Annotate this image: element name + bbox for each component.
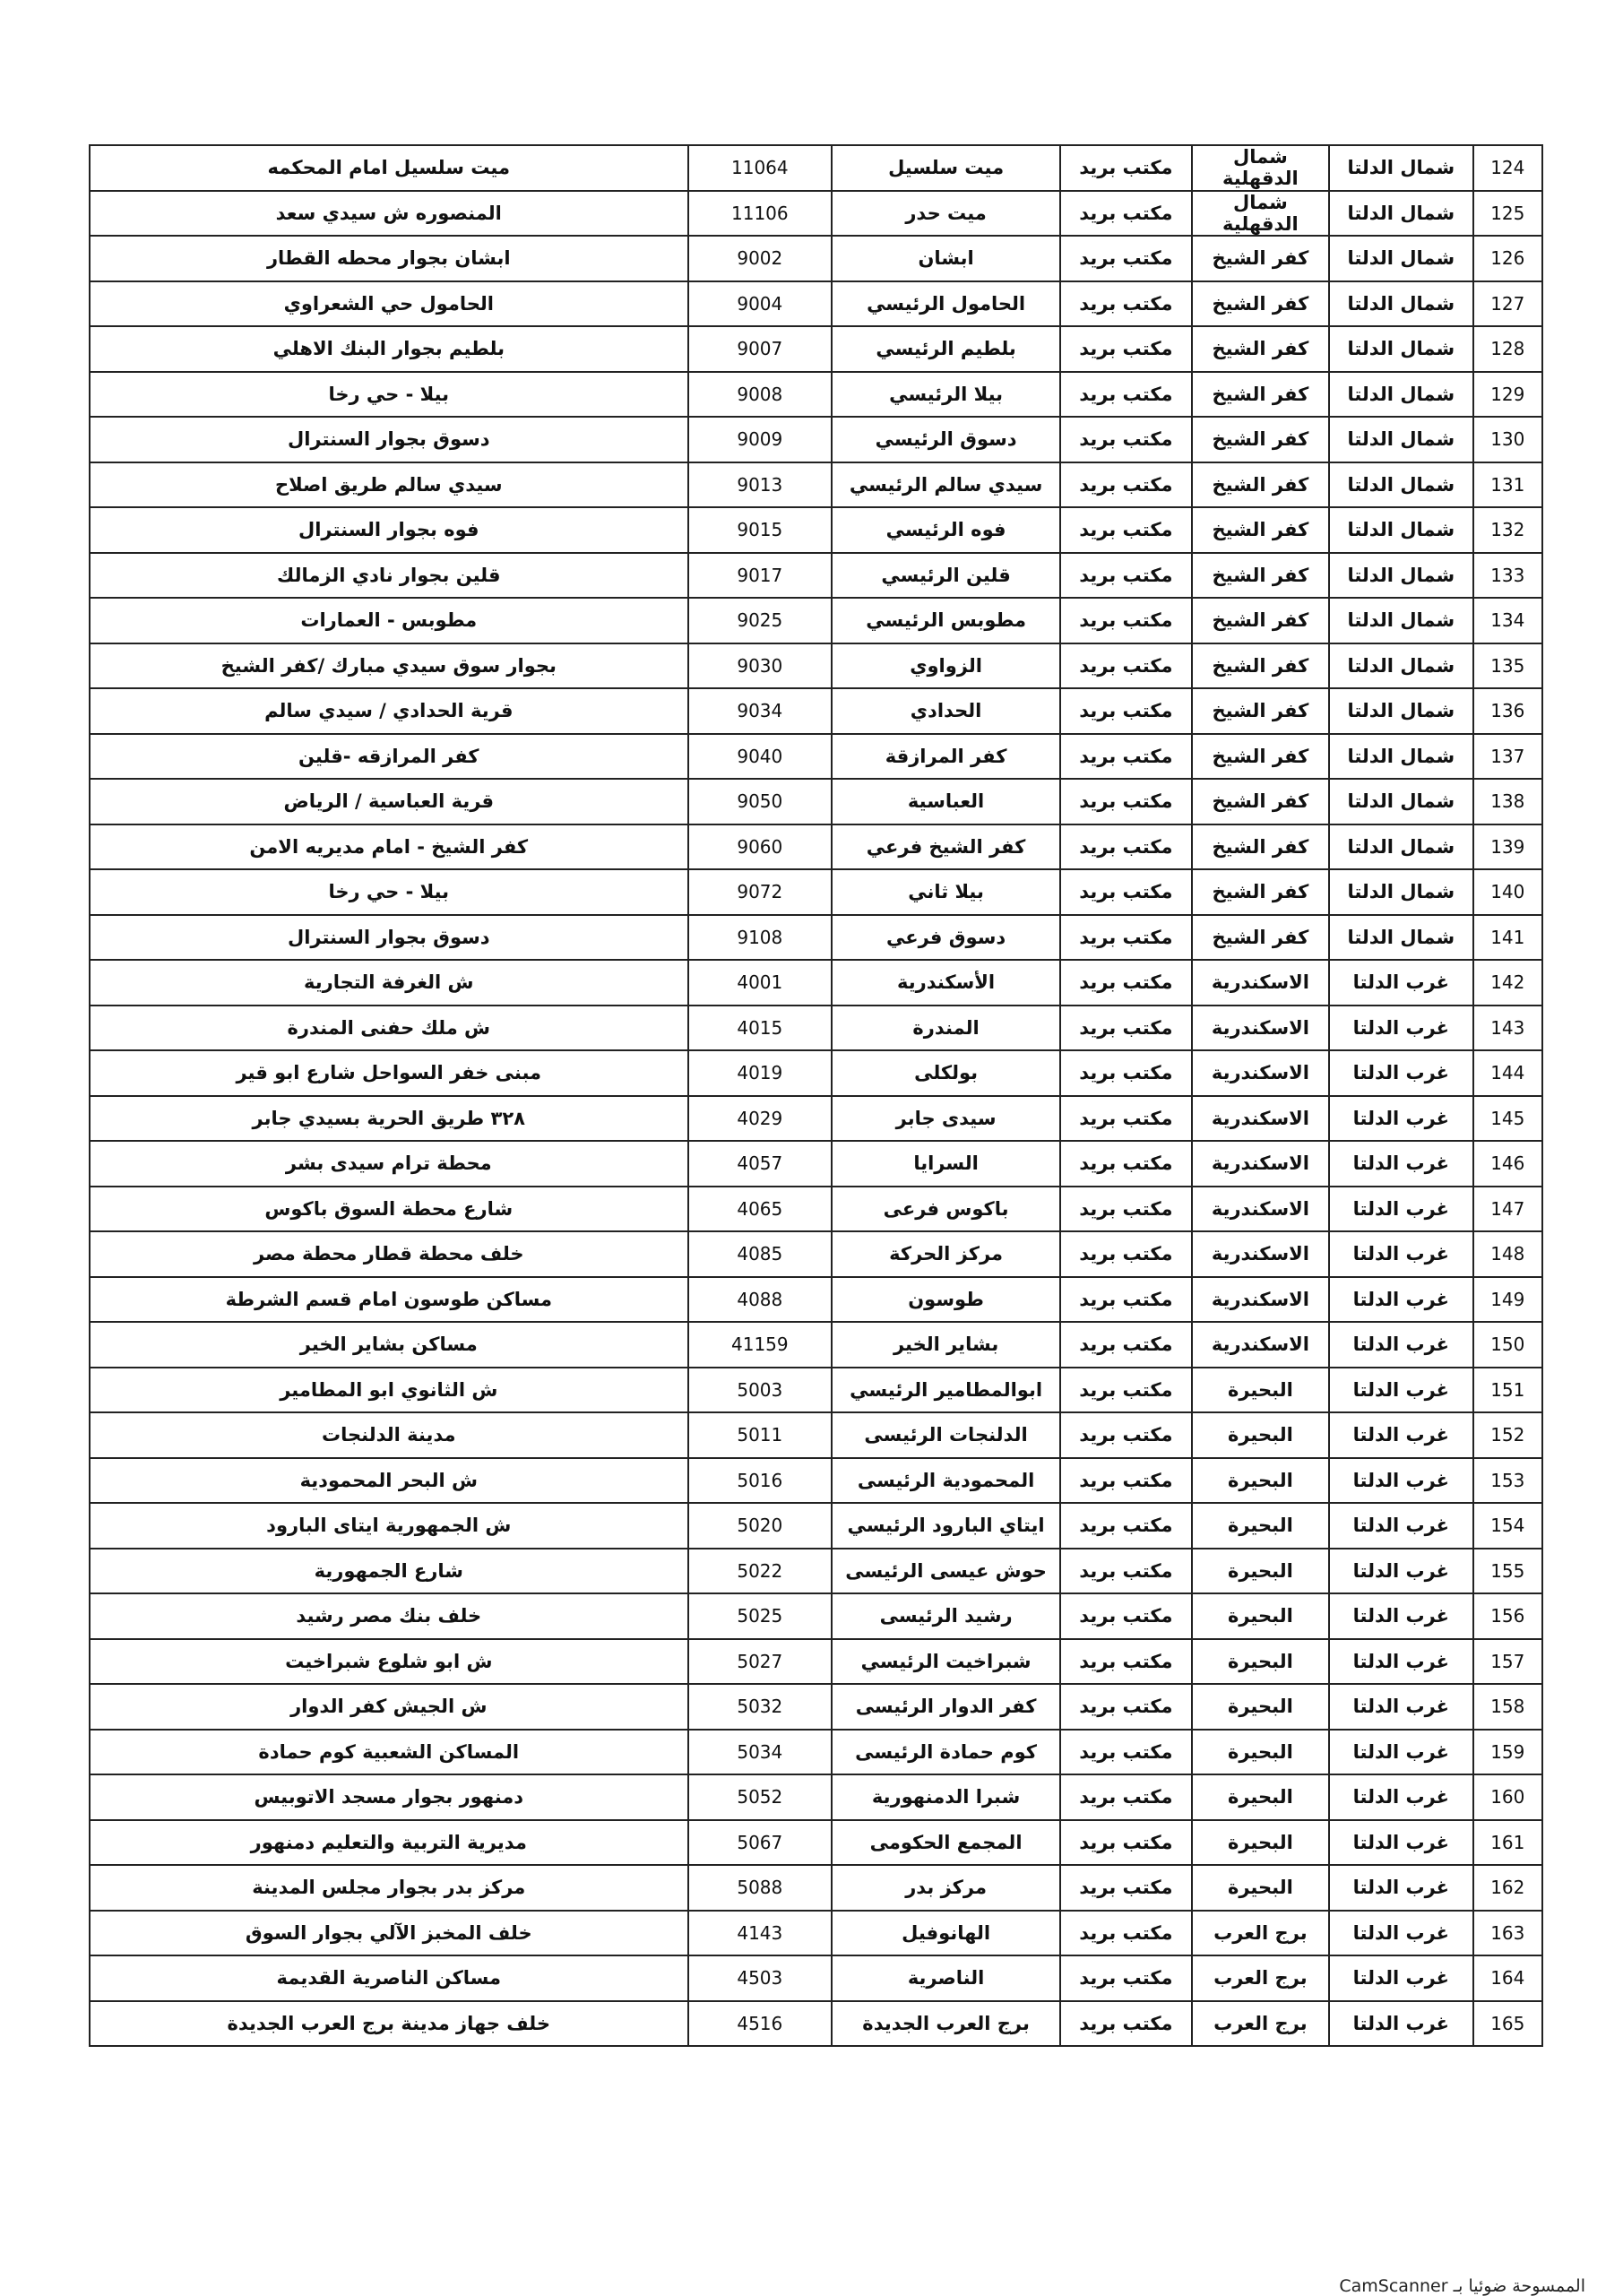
office-name-cell: الدلنجات الرئيسى bbox=[832, 1412, 1060, 1458]
office-name-cell: طوسون bbox=[832, 1277, 1060, 1323]
office-name-cell: بشاير الخير bbox=[832, 1322, 1060, 1368]
office-code-cell: 9007 bbox=[688, 326, 833, 372]
region-cell: شمال الدلتا bbox=[1329, 824, 1473, 870]
region-cell: غرب الدلتا bbox=[1329, 2001, 1473, 2047]
office-name-cell: الناصرية bbox=[832, 1955, 1060, 2001]
region-cell: غرب الدلتا bbox=[1329, 1730, 1473, 1775]
row-number-cell: 134 bbox=[1473, 598, 1542, 643]
governorate-cell: البحيرة bbox=[1192, 1774, 1329, 1820]
region-cell: غرب الدلتا bbox=[1329, 1187, 1473, 1232]
region-cell: غرب الدلتا bbox=[1329, 1593, 1473, 1639]
governorate-cell: البحيرة bbox=[1192, 1368, 1329, 1413]
address-cell: ش ابو شلوع شبراخيت bbox=[90, 1639, 688, 1685]
office-name-cell: الزواوي bbox=[832, 643, 1060, 689]
table-row: 159غرب الدلتاالبحيرةمكتب بريدكوم حمادة ا… bbox=[90, 1730, 1542, 1775]
governorate-cell: الاسكندرية bbox=[1192, 1050, 1329, 1096]
row-number-cell: 128 bbox=[1473, 326, 1542, 372]
row-number-cell: 131 bbox=[1473, 462, 1542, 508]
region-cell: شمال الدلتا bbox=[1329, 734, 1473, 780]
address-cell: دسوق بجوار السنترال bbox=[90, 417, 688, 462]
office-name-cell: ميت حدر bbox=[832, 191, 1060, 237]
office-code-cell: 5016 bbox=[688, 1458, 833, 1504]
table-row: 144غرب الدلتاالاسكندريةمكتب بريدبولكلى40… bbox=[90, 1050, 1542, 1096]
row-number-cell: 137 bbox=[1473, 734, 1542, 780]
address-cell: قرية العباسية / الرياض bbox=[90, 779, 688, 824]
address-cell: مساكن بشاير الخير bbox=[90, 1322, 688, 1368]
governorate-cell: شمال الدقهلية bbox=[1192, 145, 1329, 191]
governorate-cell: برج العرب bbox=[1192, 1911, 1329, 1956]
office-name-cell: الهانوفيل bbox=[832, 1911, 1060, 1956]
row-number-cell: 132 bbox=[1473, 507, 1542, 553]
office-code-cell: 9004 bbox=[688, 281, 833, 327]
office-type-cell: مكتب بريد bbox=[1060, 281, 1192, 327]
office-name-cell: المحمودية الرئيسى bbox=[832, 1458, 1060, 1504]
office-type-cell: مكتب بريد bbox=[1060, 1593, 1192, 1639]
row-number-cell: 126 bbox=[1473, 236, 1542, 281]
office-type-cell: مكتب بريد bbox=[1060, 643, 1192, 689]
governorate-cell: الاسكندرية bbox=[1192, 1096, 1329, 1142]
office-name-cell: مركز بدر bbox=[832, 1865, 1060, 1911]
table-row: 125شمال الدلتاشمال الدقهليةمكتب بريدميت … bbox=[90, 191, 1542, 237]
office-code-cell: 5052 bbox=[688, 1774, 833, 1820]
address-cell: مدينة الدلنجات bbox=[90, 1412, 688, 1458]
office-code-cell: 9040 bbox=[688, 734, 833, 780]
address-cell: خلف جهاز مدينة برج العرب الجديدة bbox=[90, 2001, 688, 2047]
row-number-cell: 140 bbox=[1473, 869, 1542, 915]
region-cell: غرب الدلتا bbox=[1329, 1458, 1473, 1504]
office-name-cell: بلطيم الرئيسي bbox=[832, 326, 1060, 372]
office-type-cell: مكتب بريد bbox=[1060, 1050, 1192, 1096]
governorate-cell: كفر الشيخ bbox=[1192, 281, 1329, 327]
table-row: 150غرب الدلتاالاسكندريةمكتب بريدبشاير ال… bbox=[90, 1322, 1542, 1368]
office-type-cell: مكتب بريد bbox=[1060, 191, 1192, 237]
row-number-cell: 155 bbox=[1473, 1549, 1542, 1594]
office-name-cell: ميت سلسيل bbox=[832, 145, 1060, 191]
address-cell: ٣٢٨ طريق الحرية بسيدي جابر bbox=[90, 1096, 688, 1142]
row-number-cell: 135 bbox=[1473, 643, 1542, 689]
office-type-cell: مكتب بريد bbox=[1060, 1730, 1192, 1775]
region-cell: شمال الدلتا bbox=[1329, 145, 1473, 191]
region-cell: غرب الدلتا bbox=[1329, 1050, 1473, 1096]
region-cell: غرب الدلتا bbox=[1329, 1322, 1473, 1368]
office-code-cell: 9002 bbox=[688, 236, 833, 281]
governorate-cell: الاسكندرية bbox=[1192, 1141, 1329, 1187]
office-code-cell: 4029 bbox=[688, 1096, 833, 1142]
row-number-cell: 142 bbox=[1473, 960, 1542, 1006]
region-cell: غرب الدلتا bbox=[1329, 1277, 1473, 1323]
table-row: 146غرب الدلتاالاسكندريةمكتب بريدالسرايا4… bbox=[90, 1141, 1542, 1187]
office-name-cell: بولكلى bbox=[832, 1050, 1060, 1096]
office-type-cell: مكتب بريد bbox=[1060, 1639, 1192, 1685]
office-code-cell: 4057 bbox=[688, 1141, 833, 1187]
office-code-cell: 5027 bbox=[688, 1639, 833, 1685]
address-cell: خلف المخبز الآلي بجوار السوق bbox=[90, 1911, 688, 1956]
address-cell: قلين بجوار نادي الزمالك bbox=[90, 553, 688, 599]
table-row: 128شمال الدلتاكفر الشيخمكتب بريدبلطيم ال… bbox=[90, 326, 1542, 372]
office-name-cell: ابوالمطامير الرئيسي bbox=[832, 1368, 1060, 1413]
governorate-cell: البحيرة bbox=[1192, 1549, 1329, 1594]
office-name-cell: كفر الشيخ فرعي bbox=[832, 824, 1060, 870]
row-number-cell: 158 bbox=[1473, 1684, 1542, 1730]
governorate-cell: برج العرب bbox=[1192, 2001, 1329, 2047]
office-type-cell: مكتب بريد bbox=[1060, 1820, 1192, 1866]
governorate-cell: كفر الشيخ bbox=[1192, 915, 1329, 961]
governorate-cell: الاسكندرية bbox=[1192, 1187, 1329, 1232]
table-row: 162غرب الدلتاالبحيرةمكتب بريدمركز بدر508… bbox=[90, 1865, 1542, 1911]
office-name-cell: بيلا ثاني bbox=[832, 869, 1060, 915]
office-type-cell: مكتب بريد bbox=[1060, 1865, 1192, 1911]
office-name-cell: حوش عيسى الرئيسى bbox=[832, 1549, 1060, 1594]
row-number-cell: 143 bbox=[1473, 1006, 1542, 1051]
row-number-cell: 130 bbox=[1473, 417, 1542, 462]
office-code-cell: 5011 bbox=[688, 1412, 833, 1458]
office-type-cell: مكتب بريد bbox=[1060, 1096, 1192, 1142]
office-code-cell: 9017 bbox=[688, 553, 833, 599]
office-code-cell: 4085 bbox=[688, 1231, 833, 1277]
address-cell: مركز بدر بجوار مجلس المدينة bbox=[90, 1865, 688, 1911]
office-code-cell: 4015 bbox=[688, 1006, 833, 1051]
region-cell: غرب الدلتا bbox=[1329, 1141, 1473, 1187]
region-cell: شمال الدلتا bbox=[1329, 779, 1473, 824]
address-cell: ش الجيش كفر الدوار bbox=[90, 1684, 688, 1730]
office-type-cell: مكتب بريد bbox=[1060, 236, 1192, 281]
address-cell: ابشان بجوار محطه القطار bbox=[90, 236, 688, 281]
address-cell: شارع محطة السوق باكوس bbox=[90, 1187, 688, 1232]
governorate-cell: كفر الشيخ bbox=[1192, 417, 1329, 462]
row-number-cell: 162 bbox=[1473, 1865, 1542, 1911]
region-cell: غرب الدلتا bbox=[1329, 1865, 1473, 1911]
address-cell: المنصوره ش سيدي سعد bbox=[90, 191, 688, 237]
region-cell: شمال الدلتا bbox=[1329, 688, 1473, 734]
row-number-cell: 133 bbox=[1473, 553, 1542, 599]
office-type-cell: مكتب بريد bbox=[1060, 507, 1192, 553]
office-name-cell: العباسية bbox=[832, 779, 1060, 824]
address-cell: ش الثانوي ابو المطامير bbox=[90, 1368, 688, 1413]
table-row: 152غرب الدلتاالبحيرةمكتب بريدالدلنجات ال… bbox=[90, 1412, 1542, 1458]
governorate-cell: البحيرة bbox=[1192, 1458, 1329, 1504]
office-name-cell: الأسكندرية bbox=[832, 960, 1060, 1006]
row-number-cell: 152 bbox=[1473, 1412, 1542, 1458]
region-cell: شمال الدلتا bbox=[1329, 598, 1473, 643]
office-code-cell: 9009 bbox=[688, 417, 833, 462]
address-cell: ميت سلسيل امام المحكمه bbox=[90, 145, 688, 191]
table-row: 154غرب الدلتاالبحيرةمكتب بريدايتاي البار… bbox=[90, 1503, 1542, 1549]
table-row: 131شمال الدلتاكفر الشيخمكتب بريدسيدي سال… bbox=[90, 462, 1542, 508]
governorate-cell: البحيرة bbox=[1192, 1820, 1329, 1866]
office-code-cell: 5032 bbox=[688, 1684, 833, 1730]
address-cell: ش الغرفة التجارية bbox=[90, 960, 688, 1006]
table-row: 145غرب الدلتاالاسكندريةمكتب بريدسيدى جاب… bbox=[90, 1096, 1542, 1142]
row-number-cell: 154 bbox=[1473, 1503, 1542, 1549]
table-row: 132شمال الدلتاكفر الشيخمكتب بريدفوه الرئ… bbox=[90, 507, 1542, 553]
address-cell: محطة ترام سيدى بشر bbox=[90, 1141, 688, 1187]
address-cell: مديرية التربية والتعليم دمنهور bbox=[90, 1820, 688, 1866]
office-name-cell: شبراخيت الرئيسي bbox=[832, 1639, 1060, 1685]
table-row: 153غرب الدلتاالبحيرةمكتب بريدالمحمودية ا… bbox=[90, 1458, 1542, 1504]
region-cell: غرب الدلتا bbox=[1329, 1684, 1473, 1730]
office-type-cell: مكتب بريد bbox=[1060, 688, 1192, 734]
governorate-cell: كفر الشيخ bbox=[1192, 824, 1329, 870]
table-row: 136شمال الدلتاكفر الشيخمكتب بريدالحدادي9… bbox=[90, 688, 1542, 734]
governorate-cell: البحيرة bbox=[1192, 1639, 1329, 1685]
address-cell: قرية الحدادي / سيدي سالم bbox=[90, 688, 688, 734]
row-number-cell: 127 bbox=[1473, 281, 1542, 327]
row-number-cell: 148 bbox=[1473, 1231, 1542, 1277]
row-number-cell: 146 bbox=[1473, 1141, 1542, 1187]
row-number-cell: 157 bbox=[1473, 1639, 1542, 1685]
office-code-cell: 9060 bbox=[688, 824, 833, 870]
office-code-cell: 4143 bbox=[688, 1911, 833, 1956]
table-row: 147غرب الدلتاالاسكندريةمكتب بريدباكوس فر… bbox=[90, 1187, 1542, 1232]
office-type-cell: مكتب بريد bbox=[1060, 2001, 1192, 2047]
office-code-cell: 9030 bbox=[688, 643, 833, 689]
row-number-cell: 153 bbox=[1473, 1458, 1542, 1504]
office-name-cell: كوم حمادة الرئيسى bbox=[832, 1730, 1060, 1775]
table-row: 141شمال الدلتاكفر الشيخمكتب بريددسوق فرع… bbox=[90, 915, 1542, 961]
office-code-cell: 9025 bbox=[688, 598, 833, 643]
office-code-cell: 4019 bbox=[688, 1050, 833, 1096]
table-row: 130شمال الدلتاكفر الشيخمكتب بريددسوق الر… bbox=[90, 417, 1542, 462]
row-number-cell: 147 bbox=[1473, 1187, 1542, 1232]
table-row: 137شمال الدلتاكفر الشيخمكتب بريدكفر المر… bbox=[90, 734, 1542, 780]
office-code-cell: 5020 bbox=[688, 1503, 833, 1549]
region-cell: غرب الدلتا bbox=[1329, 1231, 1473, 1277]
office-type-cell: مكتب بريد bbox=[1060, 869, 1192, 915]
governorate-cell: كفر الشيخ bbox=[1192, 643, 1329, 689]
office-code-cell: 5025 bbox=[688, 1593, 833, 1639]
table-row: 151غرب الدلتاالبحيرةمكتب بريدابوالمطامير… bbox=[90, 1368, 1542, 1413]
address-cell: بيلا - حي رخا bbox=[90, 869, 688, 915]
region-cell: غرب الدلتا bbox=[1329, 1412, 1473, 1458]
table-body: 124شمال الدلتاشمال الدقهليةمكتب بريدميت … bbox=[90, 145, 1542, 2046]
office-name-cell: بيلا الرئيسي bbox=[832, 372, 1060, 418]
governorate-cell: كفر الشيخ bbox=[1192, 779, 1329, 824]
governorate-cell: كفر الشيخ bbox=[1192, 869, 1329, 915]
table-row: 161غرب الدلتاالبحيرةمكتب بريدالمجمع الحك… bbox=[90, 1820, 1542, 1866]
office-type-cell: مكتب بريد bbox=[1060, 1911, 1192, 1956]
table-row: 129شمال الدلتاكفر الشيخمكتب بريدبيلا الر… bbox=[90, 372, 1542, 418]
office-name-cell: شبرا الدمنهورية bbox=[832, 1774, 1060, 1820]
office-type-cell: مكتب بريد bbox=[1060, 598, 1192, 643]
office-type-cell: مكتب بريد bbox=[1060, 1774, 1192, 1820]
office-name-cell: ابشان bbox=[832, 236, 1060, 281]
office-code-cell: 5088 bbox=[688, 1865, 833, 1911]
office-code-cell: 5034 bbox=[688, 1730, 833, 1775]
address-cell: ش ملك حفنى المندرة bbox=[90, 1006, 688, 1051]
governorate-cell: الاسكندرية bbox=[1192, 1231, 1329, 1277]
office-name-cell: فوه الرئيسي bbox=[832, 507, 1060, 553]
office-type-cell: مكتب بريد bbox=[1060, 1684, 1192, 1730]
region-cell: شمال الدلتا bbox=[1329, 236, 1473, 281]
row-number-cell: 139 bbox=[1473, 824, 1542, 870]
office-code-cell: 5003 bbox=[688, 1368, 833, 1413]
governorate-cell: كفر الشيخ bbox=[1192, 236, 1329, 281]
office-code-cell: 9108 bbox=[688, 915, 833, 961]
row-number-cell: 160 bbox=[1473, 1774, 1542, 1820]
row-number-cell: 124 bbox=[1473, 145, 1542, 191]
row-number-cell: 125 bbox=[1473, 191, 1542, 237]
office-type-cell: مكتب بريد bbox=[1060, 1955, 1192, 2001]
table-row: 164غرب الدلتابرج العربمكتب بريدالناصرية4… bbox=[90, 1955, 1542, 2001]
table-row: 139شمال الدلتاكفر الشيخمكتب بريدكفر الشي… bbox=[90, 824, 1542, 870]
office-type-cell: مكتب بريد bbox=[1060, 326, 1192, 372]
address-cell: كفر الشيخ - امام مديريه الامن bbox=[90, 824, 688, 870]
address-cell: فوه بجوار السنترال bbox=[90, 507, 688, 553]
address-cell: دمنهور بجوار مسجد الاتوبيس bbox=[90, 1774, 688, 1820]
region-cell: غرب الدلتا bbox=[1329, 1955, 1473, 2001]
address-cell: المساكن الشعبية كوم حمادة bbox=[90, 1730, 688, 1775]
address-cell: سيدي سالم طريق اصلاح bbox=[90, 462, 688, 508]
office-type-cell: مكتب بريد bbox=[1060, 824, 1192, 870]
office-type-cell: مكتب بريد bbox=[1060, 1458, 1192, 1504]
table-row: 126شمال الدلتاكفر الشيخمكتب بريدابشان900… bbox=[90, 236, 1542, 281]
region-cell: غرب الدلتا bbox=[1329, 1820, 1473, 1866]
governorate-cell: كفر الشيخ bbox=[1192, 507, 1329, 553]
office-type-cell: مكتب بريد bbox=[1060, 779, 1192, 824]
governorate-cell: البحيرة bbox=[1192, 1412, 1329, 1458]
governorate-cell: الاسكندرية bbox=[1192, 960, 1329, 1006]
office-code-cell: 5022 bbox=[688, 1549, 833, 1594]
office-name-cell: برج العرب الجديدة bbox=[832, 2001, 1060, 2047]
address-cell: مطوبس - العمارات bbox=[90, 598, 688, 643]
region-cell: شمال الدلتا bbox=[1329, 915, 1473, 961]
office-code-cell: 9050 bbox=[688, 779, 833, 824]
office-type-cell: مكتب بريد bbox=[1060, 960, 1192, 1006]
office-name-cell: المجمع الحكومى bbox=[832, 1820, 1060, 1866]
region-cell: غرب الدلتا bbox=[1329, 1911, 1473, 1956]
row-number-cell: 161 bbox=[1473, 1820, 1542, 1866]
governorate-cell: كفر الشيخ bbox=[1192, 734, 1329, 780]
table-row: 156غرب الدلتاالبحيرةمكتب بريدرشيد الرئيس… bbox=[90, 1593, 1542, 1639]
table-row: 160غرب الدلتاالبحيرةمكتب بريدشبرا الدمنه… bbox=[90, 1774, 1542, 1820]
region-cell: شمال الدلتا bbox=[1329, 553, 1473, 599]
office-type-cell: مكتب بريد bbox=[1060, 1187, 1192, 1232]
table-row: 140شمال الدلتاكفر الشيخمكتب بريدبيلا ثان… bbox=[90, 869, 1542, 915]
office-name-cell: الحامول الرئيسي bbox=[832, 281, 1060, 327]
governorate-cell: شمال الدقهلية bbox=[1192, 191, 1329, 237]
office-name-cell: قلين الرئيسي bbox=[832, 553, 1060, 599]
office-type-cell: مكتب بريد bbox=[1060, 1231, 1192, 1277]
region-cell: شمال الدلتا bbox=[1329, 462, 1473, 508]
address-cell: شارع الجمهورية bbox=[90, 1549, 688, 1594]
table-row: 165غرب الدلتابرج العربمكتب بريدبرج العرب… bbox=[90, 2001, 1542, 2047]
row-number-cell: 165 bbox=[1473, 2001, 1542, 2047]
region-cell: غرب الدلتا bbox=[1329, 1639, 1473, 1685]
region-cell: شمال الدلتا bbox=[1329, 417, 1473, 462]
office-name-cell: كفر المرازقة bbox=[832, 734, 1060, 780]
row-number-cell: 145 bbox=[1473, 1096, 1542, 1142]
address-cell: خلف محطة قطار محطة مصر bbox=[90, 1231, 688, 1277]
table-row: 138شمال الدلتاكفر الشيخمكتب بريدالعباسية… bbox=[90, 779, 1542, 824]
table-row: 163غرب الدلتابرج العربمكتب بريدالهانوفيل… bbox=[90, 1911, 1542, 1956]
address-cell: بيلا - حي رخا bbox=[90, 372, 688, 418]
office-name-cell: السرايا bbox=[832, 1141, 1060, 1187]
office-name-cell: سيدي سالم الرئيسي bbox=[832, 462, 1060, 508]
row-number-cell: 156 bbox=[1473, 1593, 1542, 1639]
office-name-cell: باكوس فرعى bbox=[832, 1187, 1060, 1232]
row-number-cell: 163 bbox=[1473, 1911, 1542, 1956]
office-type-cell: مكتب بريد bbox=[1060, 915, 1192, 961]
table-row: 133شمال الدلتاكفر الشيخمكتب بريدقلين الر… bbox=[90, 553, 1542, 599]
region-cell: غرب الدلتا bbox=[1329, 1503, 1473, 1549]
address-cell: الحامول حي الشعراوي bbox=[90, 281, 688, 327]
office-name-cell: دسوق الرئيسي bbox=[832, 417, 1060, 462]
address-cell: دسوق بجوار السنترال bbox=[90, 915, 688, 961]
governorate-cell: البحيرة bbox=[1192, 1684, 1329, 1730]
governorate-cell: كفر الشيخ bbox=[1192, 462, 1329, 508]
office-code-cell: 4503 bbox=[688, 1955, 833, 2001]
row-number-cell: 149 bbox=[1473, 1277, 1542, 1323]
office-name-cell: مركز الحركة bbox=[832, 1231, 1060, 1277]
office-code-cell: 4516 bbox=[688, 2001, 833, 2047]
region-cell: غرب الدلتا bbox=[1329, 1006, 1473, 1051]
governorate-cell: برج العرب bbox=[1192, 1955, 1329, 2001]
office-code-cell: 9015 bbox=[688, 507, 833, 553]
governorate-cell: الاسكندرية bbox=[1192, 1006, 1329, 1051]
office-name-cell: دسوق فرعي bbox=[832, 915, 1060, 961]
row-number-cell: 129 bbox=[1473, 372, 1542, 418]
region-cell: غرب الدلتا bbox=[1329, 1368, 1473, 1413]
row-number-cell: 144 bbox=[1473, 1050, 1542, 1096]
office-code-cell: 4065 bbox=[688, 1187, 833, 1232]
address-cell: كفر المرازقه -قلين bbox=[90, 734, 688, 780]
office-code-cell: 41159 bbox=[688, 1322, 833, 1368]
table-row: 143غرب الدلتاالاسكندريةمكتب بريدالمندرة4… bbox=[90, 1006, 1542, 1051]
address-cell: مساكن طوسون امام قسم الشرطة bbox=[90, 1277, 688, 1323]
office-type-cell: مكتب بريد bbox=[1060, 417, 1192, 462]
camscanner-watermark: الممسوحة ضوئيا بـ CamScanner bbox=[1339, 2276, 1585, 2296]
table-row: 148غرب الدلتاالاسكندريةمكتب بريدمركز الح… bbox=[90, 1231, 1542, 1277]
table-row: 142غرب الدلتاالاسكندريةمكتب بريدالأسكندر… bbox=[90, 960, 1542, 1006]
row-number-cell: 159 bbox=[1473, 1730, 1542, 1775]
governorate-cell: البحيرة bbox=[1192, 1865, 1329, 1911]
governorate-cell: كفر الشيخ bbox=[1192, 598, 1329, 643]
office-code-cell: 9034 bbox=[688, 688, 833, 734]
office-type-cell: مكتب بريد bbox=[1060, 553, 1192, 599]
row-number-cell: 150 bbox=[1473, 1322, 1542, 1368]
table-row: 135شمال الدلتاكفر الشيخمكتب بريدالزواوي9… bbox=[90, 643, 1542, 689]
office-name-cell: الحدادي bbox=[832, 688, 1060, 734]
region-cell: غرب الدلتا bbox=[1329, 960, 1473, 1006]
office-name-cell: ايتاي البارود الرئيسي bbox=[832, 1503, 1060, 1549]
office-name-cell: سيدى جابر bbox=[832, 1096, 1060, 1142]
office-type-cell: مكتب بريد bbox=[1060, 1368, 1192, 1413]
region-cell: شمال الدلتا bbox=[1329, 507, 1473, 553]
region-cell: غرب الدلتا bbox=[1329, 1774, 1473, 1820]
region-cell: شمال الدلتا bbox=[1329, 326, 1473, 372]
address-cell: مبنى خفر السواحل شارع ابو قير bbox=[90, 1050, 688, 1096]
office-type-cell: مكتب بريد bbox=[1060, 734, 1192, 780]
office-type-cell: مكتب بريد bbox=[1060, 1322, 1192, 1368]
row-number-cell: 164 bbox=[1473, 1955, 1542, 2001]
governorate-cell: البحيرة bbox=[1192, 1730, 1329, 1775]
office-name-cell: المندرة bbox=[832, 1006, 1060, 1051]
governorate-cell: كفر الشيخ bbox=[1192, 326, 1329, 372]
address-cell: خلف بنك مصر رشيد bbox=[90, 1593, 688, 1639]
office-type-cell: مكتب بريد bbox=[1060, 462, 1192, 508]
office-code-cell: 4001 bbox=[688, 960, 833, 1006]
region-cell: شمال الدلتا bbox=[1329, 191, 1473, 237]
office-code-cell: 9072 bbox=[688, 869, 833, 915]
governorate-cell: الاسكندرية bbox=[1192, 1277, 1329, 1323]
table-row: 158غرب الدلتاالبحيرةمكتب بريدكفر الدوار … bbox=[90, 1684, 1542, 1730]
table-row: 134شمال الدلتاكفر الشيخمكتب بريدمطوبس ال… bbox=[90, 598, 1542, 643]
address-cell: مساكن الناصرية القديمة bbox=[90, 1955, 688, 2001]
region-cell: شمال الدلتا bbox=[1329, 372, 1473, 418]
office-name-cell: مطوبس الرئيسي bbox=[832, 598, 1060, 643]
office-code-cell: 11106 bbox=[688, 191, 833, 237]
row-number-cell: 138 bbox=[1473, 779, 1542, 824]
